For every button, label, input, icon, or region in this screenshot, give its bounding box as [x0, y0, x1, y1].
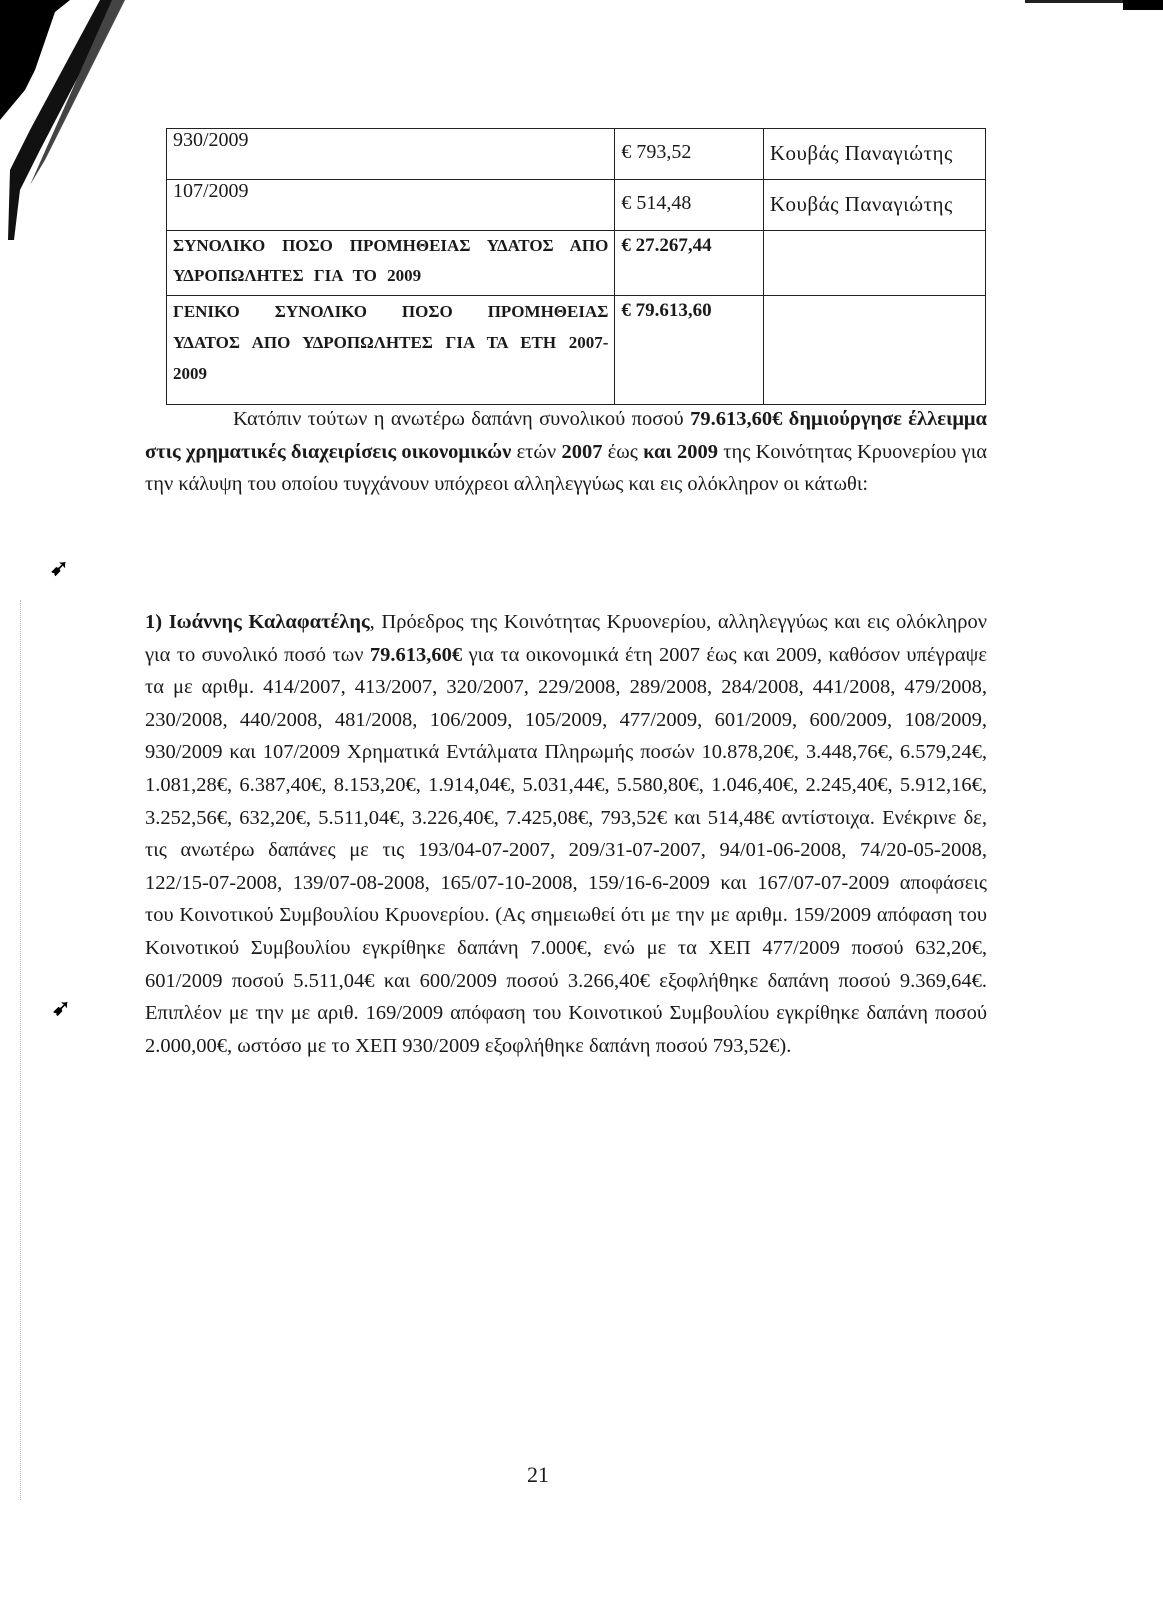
margin-annotation-icon: ➹: [52, 995, 70, 1021]
person-name: 1) Ιωάννης Καλαφατέλης: [145, 611, 370, 633]
grand-total-label: ΓΕΝΙΚΟ ΣΥΝΟΛΙΚΟ ΠΟΣΟ ΠΡΟΜΗΘΕΙΑΣ ΥΔΑΤΟΣ Α…: [167, 296, 615, 405]
total-2009-label: ΣΥΝΟΛΙΚΟ ΠΟΣΟ ΠΡΟΜΗΘΕΙΑΣ ΥΔΑΤΟΣ ΑΠΟ ΥΔΡΟ…: [167, 231, 615, 296]
text-segment: για τα οικονομικά έτη 2007 έως και 2009,…: [145, 644, 987, 1057]
bold-segment: 2007: [561, 441, 602, 463]
scan-margin-line: [20, 600, 22, 1500]
text-segment: Κατόπιν τούτων η ανωτέρω δαπάνη συνολικο…: [233, 408, 690, 430]
table-row: 107/2009 € 514,48 Κουβάς Παναγιώτης: [167, 180, 986, 231]
payment-amount: € 514,48: [615, 180, 763, 231]
margin-annotation-icon: ➹: [50, 555, 68, 581]
grand-total-row: ΓΕΝΙΚΟ ΣΥΝΟΛΙΚΟ ΠΟΣΟ ΠΡΟΜΗΘΕΙΑΣ ΥΔΑΤΟΣ Α…: [167, 296, 986, 405]
payment-table: 930/2009 € 793,52 Κουβάς Παναγιώτης 107/…: [166, 128, 986, 405]
payment-amount: € 793,52: [615, 129, 763, 180]
paragraph-liable-person-1: 1) Ιωάννης Καλαφατέλης, Πρόεδρος της Κοι…: [145, 606, 987, 1062]
payment-order-id: 107/2009: [167, 180, 615, 231]
total-2009-amount: € 27.267,44: [615, 231, 763, 296]
payment-order-id: 930/2009: [167, 129, 615, 180]
text-segment: ετών: [511, 441, 561, 463]
payee-name: Κουβάς Παναγιώτης: [763, 180, 985, 231]
grand-total-amount: € 79.613,60: [615, 296, 763, 405]
total-2009-row: ΣΥΝΟΛΙΚΟ ΠΟΣΟ ΠΡΟΜΗΘΕΙΑΣ ΥΔΑΤΟΣ ΑΠΟ ΥΔΡΟ…: [167, 231, 986, 296]
text-segment: έως: [602, 441, 643, 463]
table-row: 930/2009 € 793,52 Κουβάς Παναγιώτης: [167, 129, 986, 180]
bold-amount: 79.613,60€: [370, 644, 462, 666]
page-number: 21: [527, 1462, 549, 1488]
scan-edge-artifact: [0, 0, 130, 240]
bold-segment: και 2009: [643, 441, 718, 463]
empty-cell: [763, 231, 985, 296]
payee-name: Κουβάς Παναγιώτης: [763, 129, 985, 180]
empty-cell: [763, 296, 985, 405]
scan-edge-artifact: [1025, 0, 1135, 3]
paragraph-deficit-statement: Κατόπιν τούτων η ανωτέρω δαπάνη συνολικο…: [145, 403, 987, 501]
scan-edge-artifact: [1123, 0, 1163, 10]
